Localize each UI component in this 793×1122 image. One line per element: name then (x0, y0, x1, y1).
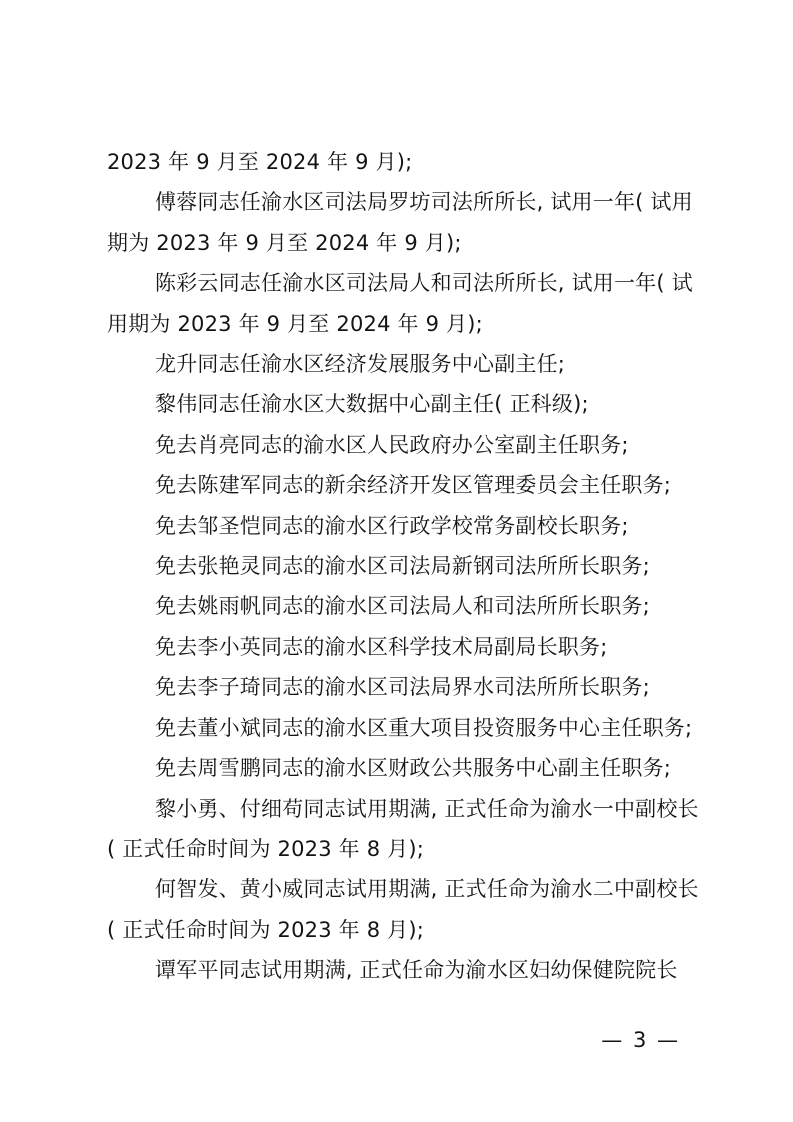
document-line: 免去李小英同志的渝水区科学技术局副局长职务; (107, 627, 693, 667)
document-body: 2023 年 9 月至 2024 年 9 月);傅蓉同志任渝水区司法局罗坊司法所… (107, 142, 693, 991)
document-line: 黎伟同志任渝水区大数据中心副主任( 正科级); (107, 384, 693, 424)
page-number: — 3 — (601, 1028, 680, 1052)
document-page: 2023 年 9 月至 2024 年 9 月);傅蓉同志任渝水区司法局罗坊司法所… (0, 0, 793, 1122)
document-line: 免去姚雨帆同志的渝水区司法局人和司法所所长职务; (107, 586, 693, 626)
document-line: 免去肖亮同志的渝水区人民政府办公室副主任职务; (107, 425, 693, 465)
document-line: 陈彩云同志任渝水区司法局人和司法所所长, 试用一年( 试 (107, 263, 693, 303)
document-line: 谭军平同志试用期满, 正式任命为渝水区妇幼保健院院长 (107, 950, 693, 990)
document-line: 免去陈建军同志的新余经济开发区管理委员会主任职务; (107, 465, 693, 505)
document-line: 免去董小斌同志的渝水区重大项目投资服务中心主任职务; (107, 708, 693, 748)
document-line: 傅蓉同志任渝水区司法局罗坊司法所所长, 试用一年( 试用 (107, 182, 693, 222)
document-line: 龙升同志任渝水区经济发展服务中心副主任; (107, 344, 693, 384)
document-line: 免去李子琦同志的渝水区司法局界水司法所所长职务; (107, 667, 693, 707)
document-line: 用期为 2023 年 9 月至 2024 年 9 月); (107, 304, 693, 344)
document-line: 免去张艳灵同志的渝水区司法局新钢司法所所长职务; (107, 546, 693, 586)
document-line: 免去邹圣恺同志的渝水区行政学校常务副校长职务; (107, 506, 693, 546)
document-line: 何智发、黄小威同志试用期满, 正式任命为渝水二中副校长 (107, 869, 693, 909)
document-line: 黎小勇、付细苟同志试用期满, 正式任命为渝水一中副校长 (107, 789, 693, 829)
document-line: 免去周雪鹏同志的渝水区财政公共服务中心副主任职务; (107, 748, 693, 788)
document-line: ( 正式任命时间为 2023 年 8 月); (107, 829, 693, 869)
document-line: 期为 2023 年 9 月至 2024 年 9 月); (107, 223, 693, 263)
document-line: 2023 年 9 月至 2024 年 9 月); (107, 142, 693, 182)
document-line: ( 正式任命时间为 2023 年 8 月); (107, 910, 693, 950)
